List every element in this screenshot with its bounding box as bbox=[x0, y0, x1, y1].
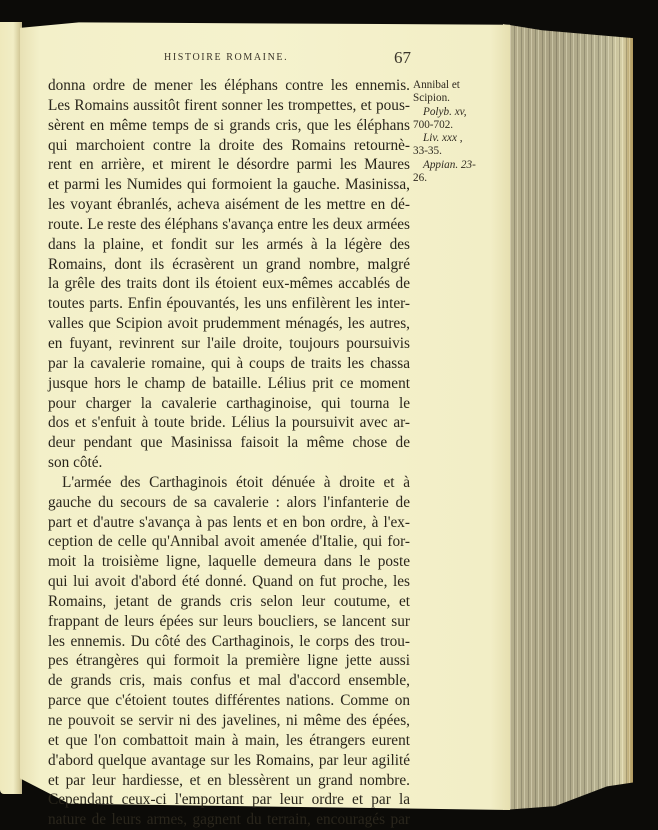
margin-note: 26. bbox=[413, 172, 483, 185]
text-line: jusque hors le champ de bataille. Lélius… bbox=[48, 375, 410, 395]
text-line: dos et s'enfuit à toute bride. Lélius la… bbox=[48, 414, 410, 434]
text-line: qui marchoient contre la droite des Roma… bbox=[48, 137, 410, 157]
text-line: parce que c'étoient toutes différentes n… bbox=[48, 692, 410, 712]
text-line: son côté. bbox=[48, 454, 410, 474]
text-line: sèrent en même temps de si grands cris, … bbox=[48, 117, 410, 137]
text-line: d'abord quelque avantage sur les Romains… bbox=[48, 752, 410, 772]
text-line: ception de celle qu'Annibal avoit amenée… bbox=[48, 533, 410, 553]
text-line: la grêle des traits dont ils étoient eux… bbox=[48, 275, 410, 295]
text-line: toutes parts. Enfin épouvantés, les uns … bbox=[48, 295, 410, 315]
text-line: et par leur hardiesse, et en blessèrent … bbox=[48, 772, 410, 792]
margin-note: Scipion. bbox=[413, 92, 483, 105]
text-line: de grands cris, mais confus et mal d'acc… bbox=[48, 672, 410, 692]
text-line: pes étrangères qui formoit la première l… bbox=[48, 652, 410, 672]
text-line: route. Le reste des éléphans s'avança en… bbox=[48, 216, 410, 236]
text-line: gauche du secours de sa cavalerie : alor… bbox=[48, 494, 410, 514]
margin-note: Appian. 23- bbox=[413, 159, 483, 172]
margin-notes: Annibal et Scipion. Polyb. xv, 700-702. … bbox=[413, 79, 483, 185]
text-line: valles que Scipion avoit prudemment ména… bbox=[48, 315, 410, 335]
text-line: les voyant ébranlés, acheva aisément de … bbox=[48, 196, 410, 216]
text-line: Cependant ceux-ci l'emportant par leur o… bbox=[48, 791, 410, 811]
text-line: les ennemis. Du côté des Carthaginois, l… bbox=[48, 633, 410, 653]
text-line: moit la troisième ligne, laquelle demeur… bbox=[48, 553, 410, 573]
text-line: L'armée des Carthaginois étoit dénuée à … bbox=[48, 474, 410, 494]
text-line: Romains, jetant de grands cris selon leu… bbox=[48, 593, 410, 613]
text-line: Romains, dont ils écrasèrent un grand no… bbox=[48, 256, 410, 276]
text-line: frappant de leurs épées sur leurs boucli… bbox=[48, 613, 410, 633]
text-line: et parmi les Numides qui formoient la ga… bbox=[48, 176, 410, 196]
facing-page-edge bbox=[0, 22, 22, 794]
body-text: donna ordre de mener les éléphans contre… bbox=[48, 77, 410, 830]
text-line: Les Romains aussitôt firent sonner les t… bbox=[48, 97, 410, 117]
text-line: pour charger la cavalerie carthaginoise,… bbox=[48, 395, 410, 415]
text-line: et que l'on combattoit main à main, les … bbox=[48, 732, 410, 752]
margin-note-text: Polyb. xv, bbox=[423, 106, 467, 118]
text-line: nature de leurs armes, gagnent du terrai… bbox=[48, 811, 410, 830]
margin-note: Polyb. xv, bbox=[413, 106, 483, 119]
page-number: 67 bbox=[394, 48, 411, 68]
margin-note-text: Appian. 23- bbox=[423, 159, 476, 171]
running-title: HISTOIRE ROMAINE. bbox=[164, 52, 288, 63]
text-line: en fuyant, revinrent sur l'aile droite, … bbox=[48, 335, 410, 355]
book-page-edges bbox=[503, 24, 633, 810]
paragraph-2: L'armée des Carthaginois étoit dénuée à … bbox=[48, 474, 410, 830]
paragraph-1: donna ordre de mener les éléphans contre… bbox=[48, 77, 410, 474]
margin-note: 700-702. bbox=[413, 119, 483, 132]
text-line: rent en arrière, et mirent le désordre p… bbox=[48, 156, 410, 176]
text-line: deur pendant que Masinissa faisoit la mê… bbox=[48, 434, 410, 454]
text-line: donna ordre de mener les éléphans contre… bbox=[48, 77, 410, 97]
text-line: dans la plaine, et fondit sur les armés … bbox=[48, 236, 410, 256]
margin-note: Annibal et bbox=[413, 79, 483, 92]
margin-note: 33-35. bbox=[413, 145, 483, 158]
margin-note-text: Liv. xxx , bbox=[423, 132, 463, 144]
margin-note: Liv. xxx , bbox=[413, 132, 483, 145]
text-line: qui lui avoit d'abord été donné. Quand o… bbox=[48, 573, 410, 593]
text-line: ne pouvoit se servir ni des javelines, n… bbox=[48, 712, 410, 732]
running-head: HISTOIRE ROMAINE. 67 bbox=[48, 52, 408, 74]
text-line: par la cavalerie romaine, qui à coups de… bbox=[48, 355, 410, 375]
text-line: part et d'autre s'avança à pas lents et … bbox=[48, 514, 410, 534]
